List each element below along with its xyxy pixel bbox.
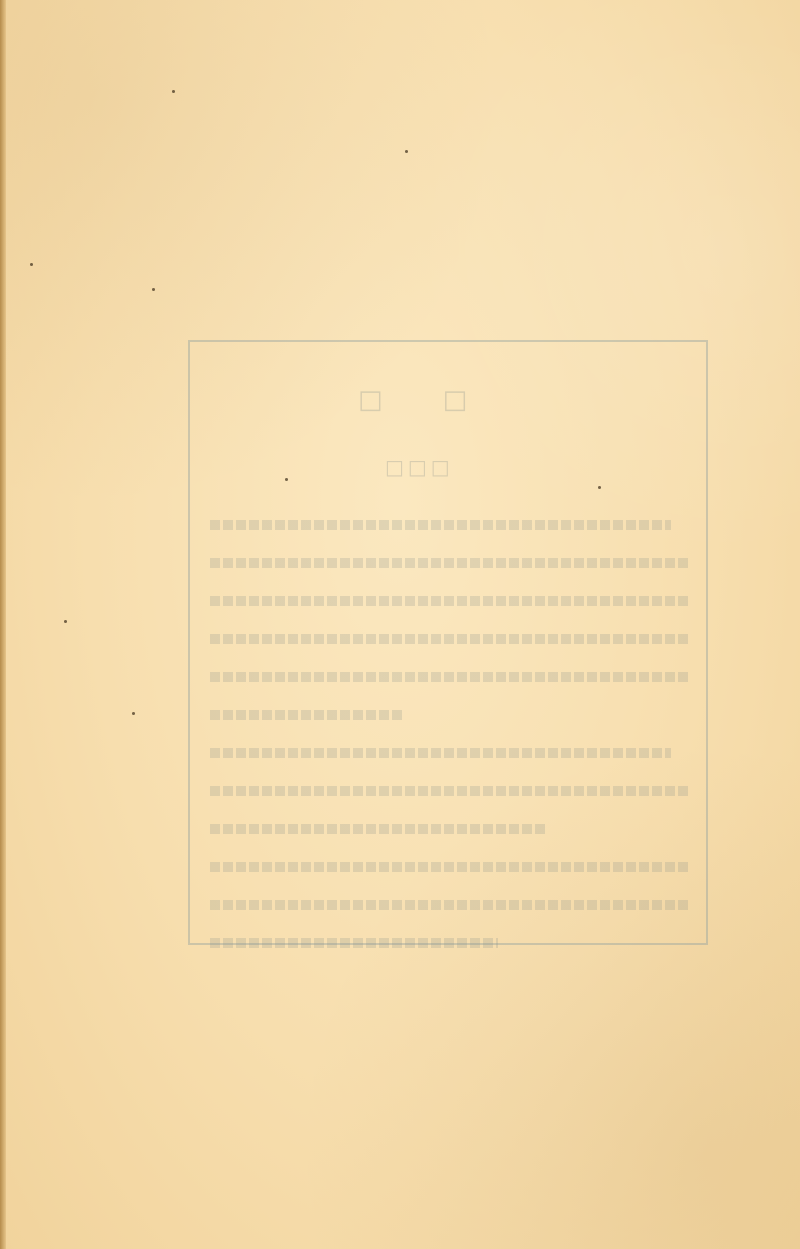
paper-speck xyxy=(285,478,288,481)
show-through-title: □□ xyxy=(358,385,527,415)
paper-speck xyxy=(598,486,601,489)
show-through-body xyxy=(210,520,690,976)
paper-speck xyxy=(152,288,155,291)
paper-speck xyxy=(64,620,67,623)
paper-speck xyxy=(405,150,408,153)
page-binding-edge xyxy=(0,0,6,1249)
paper-speck xyxy=(132,712,135,715)
paper-speck xyxy=(172,90,175,93)
show-through-subtitle: □□□ xyxy=(385,455,454,479)
paper-speck xyxy=(30,263,33,266)
scanned-page: □□ □□□ xyxy=(0,0,800,1249)
